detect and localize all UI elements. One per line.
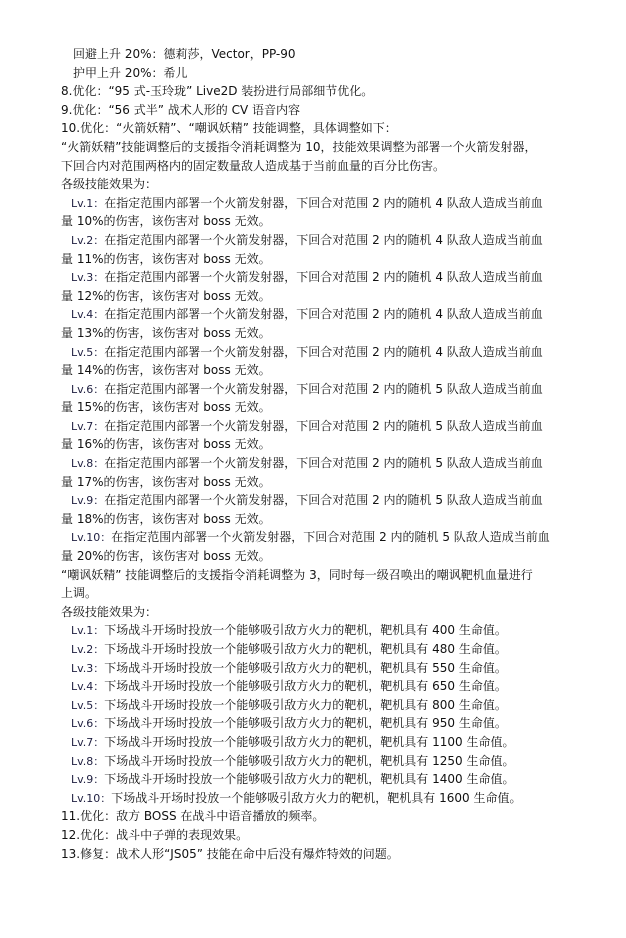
level-text: 在指定范围内部署一个火箭发射器，下回合对范围 2 内的随机 5 队敌人造成当前血 (104, 419, 543, 433)
item-10: 10.优化：“火箭妖精”、“嘲讽妖精” 技能调整，具体调整如下： (61, 119, 591, 138)
rocket-level-7: Lv.7：在指定范围内部署一个火箭发射器，下回合对范围 2 内的随机 5 队敌人… (61, 417, 591, 454)
rocket-level-6: Lv.6：在指定范围内部署一个火箭发射器，下回合对范围 2 内的随机 5 队敌人… (61, 380, 591, 417)
level-label: Lv.3： (71, 271, 104, 284)
level-text: 在指定范围内部署一个火箭发射器，下回合对范围 2 内的随机 4 队敌人造成当前血 (104, 270, 543, 284)
rocket-level-4: Lv.4：在指定范围内部署一个火箭发射器，下回合对范围 2 内的随机 4 队敌人… (61, 305, 591, 342)
level-text-cont: 量 14%的伤害，该伤害对 boss 无效。 (61, 361, 591, 380)
level-label: Lv.4： (71, 308, 104, 321)
level-text: 在指定范围内部署一个火箭发射器，下回合对范围 2 内的随机 4 队敌人造成当前血 (104, 196, 543, 210)
level-label: Lv.1： (71, 197, 104, 210)
rocket-level-1: Lv.1：在指定范围内部署一个火箭发射器，下回合对范围 2 内的随机 4 队敌人… (61, 194, 591, 231)
level-label: Lv.1： (71, 624, 104, 637)
rocket-level-3: Lv.3：在指定范围内部署一个火箭发射器，下回合对范围 2 内的随机 4 队敌人… (61, 268, 591, 305)
level-text: 下场战斗开场时投放一个能够吸引敌方火力的靶机，靶机具有 1250 生命值。 (104, 754, 514, 768)
taunt-level-3: Lv.3：下场战斗开场时投放一个能够吸引敌方火力的靶机，靶机具有 550 生命值… (61, 659, 591, 678)
armor-buff-line: 护甲上升 20%：希儿 (61, 64, 591, 83)
taunt-level-4: Lv.4：下场战斗开场时投放一个能够吸引敌方火力的靶机，靶机具有 650 生命值… (61, 677, 591, 696)
level-text: 下场战斗开场时投放一个能够吸引敌方火力的靶机，靶机具有 400 生命值。 (104, 623, 507, 637)
rocket-level-8: Lv.8：在指定范围内部署一个火箭发射器，下回合对范围 2 内的随机 5 队敌人… (61, 454, 591, 491)
taunt-level-1: Lv.1：下场战斗开场时投放一个能够吸引敌方火力的靶机，靶机具有 400 生命值… (61, 621, 591, 640)
taunt-level-list: Lv.1：下场战斗开场时投放一个能够吸引敌方火力的靶机，靶机具有 400 生命值… (61, 621, 591, 807)
level-text-cont: 量 13%的伤害，该伤害对 boss 无效。 (61, 324, 591, 343)
level-text: 下场战斗开场时投放一个能够吸引敌方火力的靶机，靶机具有 800 生命值。 (104, 698, 507, 712)
level-text-cont: 量 18%的伤害，该伤害对 boss 无效。 (61, 510, 591, 529)
level-text: 在指定范围内部署一个火箭发射器，下回合对范围 2 内的随机 4 队敌人造成当前血 (104, 345, 543, 359)
item-13: 13.修复：战术人形“JS05” 技能在命中后没有爆炸特效的问题。 (61, 845, 591, 864)
taunt-intro-line-2: 上调。 (61, 584, 591, 603)
level-text-cont: 量 16%的伤害，该伤害对 boss 无效。 (61, 435, 591, 454)
level-text-cont: 量 12%的伤害，该伤害对 boss 无效。 (61, 287, 591, 306)
level-label: Lv.7： (71, 736, 104, 749)
taunt-level-10: Lv.10：下场战斗开场时投放一个能够吸引敌方火力的靶机，靶机具有 1600 生… (61, 789, 591, 808)
level-text: 在指定范围内部署一个火箭发射器，下回合对范围 2 内的随机 4 队敌人造成当前血 (104, 233, 543, 247)
rocket-level-2: Lv.2：在指定范围内部署一个火箭发射器，下回合对范围 2 内的随机 4 队敌人… (61, 231, 591, 268)
taunt-levels-heading: 各级技能效果为： (61, 603, 591, 622)
level-text: 下场战斗开场时投放一个能够吸引敌方火力的靶机，靶机具有 650 生命值。 (104, 679, 507, 693)
rocket-intro-line-2: 下回合内对范围两格内的固定数量敌人造成基于当前血量的百分比伤害。 (61, 157, 591, 176)
item-11: 11.优化：敌方 BOSS 在战斗中语音播放的频率。 (61, 807, 591, 826)
level-text: 在指定范围内部署一个火箭发射器，下回合对范围 2 内的随机 5 队敌人造成当前血 (111, 530, 550, 544)
level-label: Lv.2： (71, 643, 104, 656)
level-label: Lv.5： (71, 699, 104, 712)
level-label: Lv.5： (71, 346, 104, 359)
level-text: 下场战斗开场时投放一个能够吸引敌方火力的靶机，靶机具有 1400 生命值。 (104, 772, 514, 786)
item-8: 8.优化：“95 式-玉玲珑” Live2D 装扮进行局部细节优化。 (61, 82, 591, 101)
level-label: Lv.7： (71, 420, 104, 433)
level-text-cont: 量 20%的伤害，该伤害对 boss 无效。 (61, 547, 591, 566)
rocket-intro-line-1: “火箭妖精”技能调整后的支援指令消耗调整为 10，技能效果调整为部署一个火箭发射… (61, 138, 591, 157)
level-text-cont: 量 15%的伤害，该伤害对 boss 无效。 (61, 398, 591, 417)
level-text: 下场战斗开场时投放一个能够吸引敌方火力的靶机，靶机具有 950 生命值。 (104, 716, 507, 730)
rocket-level-5: Lv.5：在指定范围内部署一个火箭发射器，下回合对范围 2 内的随机 4 队敌人… (61, 343, 591, 380)
level-text-cont: 量 11%的伤害，该伤害对 boss 无效。 (61, 250, 591, 269)
taunt-intro-line-1: “嘲讽妖精” 技能调整后的支援指令消耗调整为 3，同时每一级召唤出的嘲讽靶机血量… (61, 566, 591, 585)
level-label: Lv.3： (71, 662, 104, 675)
level-label: Lv.6： (71, 383, 104, 396)
level-label: Lv.2： (71, 234, 104, 247)
level-text: 下场战斗开场时投放一个能够吸引敌方火力的靶机，靶机具有 550 生命值。 (104, 661, 507, 675)
level-label: Lv.10： (71, 792, 111, 805)
level-text-cont: 量 10%的伤害，该伤害对 boss 无效。 (61, 212, 591, 231)
level-label: Lv.9： (71, 494, 104, 507)
patch-notes-document: 回避上升 20%：德莉莎，Vector，PP-90 护甲上升 20%：希儿 8.… (61, 45, 591, 863)
level-label: Lv.10： (71, 531, 111, 544)
level-label: Lv.9： (71, 773, 104, 786)
level-text: 在指定范围内部署一个火箭发射器，下回合对范围 2 内的随机 4 队敌人造成当前血 (104, 307, 543, 321)
level-text: 在指定范围内部署一个火箭发射器，下回合对范围 2 内的随机 5 队敌人造成当前血 (104, 456, 543, 470)
level-text: 在指定范围内部署一个火箭发射器，下回合对范围 2 内的随机 5 队敌人造成当前血 (104, 493, 543, 507)
taunt-level-9: Lv.9：下场战斗开场时投放一个能够吸引敌方火力的靶机，靶机具有 1400 生命… (61, 770, 591, 789)
item-12: 12.优化：战斗中子弹的表现效果。 (61, 826, 591, 845)
rocket-level-list: Lv.1：在指定范围内部署一个火箭发射器，下回合对范围 2 内的随机 4 队敌人… (61, 194, 591, 566)
taunt-level-6: Lv.6：下场战斗开场时投放一个能够吸引敌方火力的靶机，靶机具有 950 生命值… (61, 714, 591, 733)
level-text: 下场战斗开场时投放一个能够吸引敌方火力的靶机，靶机具有 480 生命值。 (104, 642, 507, 656)
taunt-level-2: Lv.2：下场战斗开场时投放一个能够吸引敌方火力的靶机，靶机具有 480 生命值… (61, 640, 591, 659)
taunt-level-7: Lv.7：下场战斗开场时投放一个能够吸引敌方火力的靶机，靶机具有 1100 生命… (61, 733, 591, 752)
level-label: Lv.6： (71, 717, 104, 730)
rocket-level-9: Lv.9：在指定范围内部署一个火箭发射器，下回合对范围 2 内的随机 5 队敌人… (61, 491, 591, 528)
taunt-level-8: Lv.8：下场战斗开场时投放一个能够吸引敌方火力的靶机，靶机具有 1250 生命… (61, 752, 591, 771)
evasion-buff-line: 回避上升 20%：德莉莎，Vector，PP-90 (61, 45, 591, 64)
level-text-cont: 量 17%的伤害，该伤害对 boss 无效。 (61, 473, 591, 492)
taunt-level-5: Lv.5：下场战斗开场时投放一个能够吸引敌方火力的靶机，靶机具有 800 生命值… (61, 696, 591, 715)
level-text: 下场战斗开场时投放一个能够吸引敌方火力的靶机，靶机具有 1100 生命值。 (104, 735, 514, 749)
level-text: 下场战斗开场时投放一个能够吸引敌方火力的靶机，靶机具有 1600 生命值。 (111, 791, 521, 805)
level-label: Lv.4： (71, 680, 104, 693)
rocket-level-10: Lv.10：在指定范围内部署一个火箭发射器，下回合对范围 2 内的随机 5 队敌… (61, 528, 591, 565)
level-text: 在指定范围内部署一个火箭发射器，下回合对范围 2 内的随机 5 队敌人造成当前血 (104, 382, 543, 396)
level-label: Lv.8： (71, 755, 104, 768)
level-label: Lv.8： (71, 457, 104, 470)
rocket-levels-heading: 各级技能效果为： (61, 175, 591, 194)
item-9: 9.优化：“56 式半” 战术人形的 CV 语音内容 (61, 101, 591, 120)
